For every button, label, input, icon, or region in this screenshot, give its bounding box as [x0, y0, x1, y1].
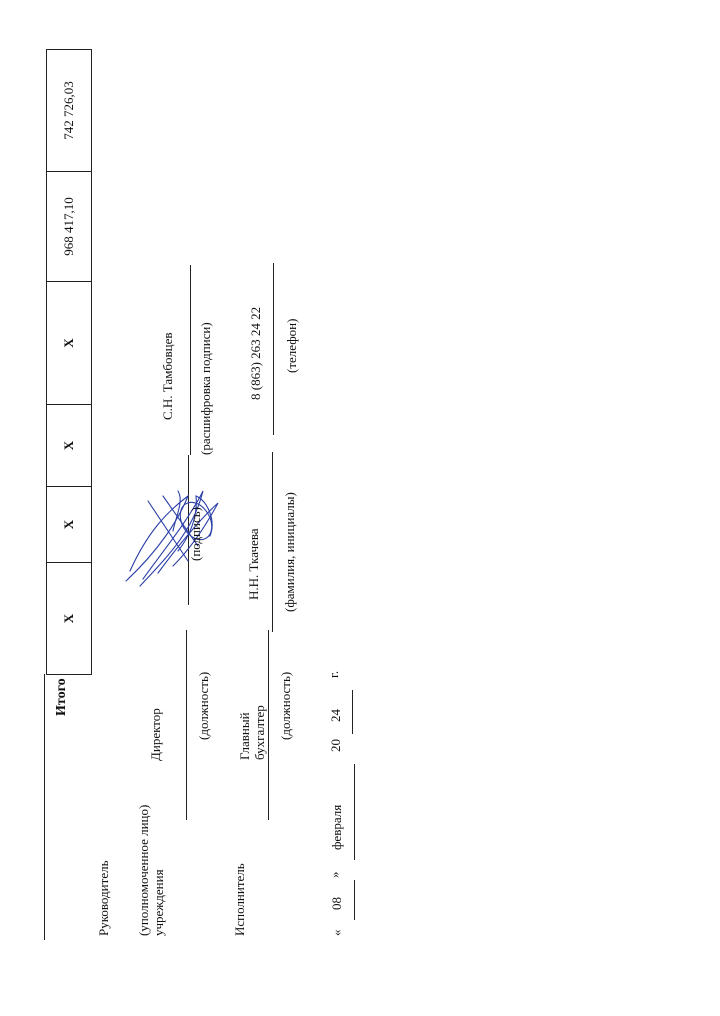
handwritten-signature-icon [118, 481, 228, 591]
date-close-quote: » [327, 872, 342, 879]
date-month-line [354, 764, 355, 860]
totals-cell-amount: 742 726,03 [47, 50, 92, 172]
executor-position: Главный [237, 712, 252, 760]
totals-cell: X [47, 405, 92, 487]
date-century: 20 [328, 739, 343, 752]
executor-label: Исполнитель [232, 863, 247, 936]
manager-label: Руководитель [96, 861, 111, 937]
manager-name: С.Н. Тамбовцев [160, 332, 175, 420]
date-month: февраля [329, 805, 344, 850]
executor-position: бухгалтер [252, 705, 267, 760]
rotated-report-page: Итого X X X X 968 417,10 742 726,03 Руко… [0, 0, 720, 1016]
date-year: 24 [328, 709, 343, 722]
signature-caption: (подпись) [188, 507, 203, 561]
totals-cell: X [47, 282, 92, 405]
date-year-line [352, 690, 353, 734]
date-open-quote: « [329, 930, 344, 937]
totals-cell-amount: 968 417,10 [47, 172, 92, 282]
totals-table: X X X X 968 417,10 742 726,03 [46, 49, 92, 675]
manager-sublabel: (уполномоченное лицо) [136, 805, 151, 936]
manager-position-line [186, 630, 187, 820]
totals-cell: X [47, 487, 92, 563]
totals-cell: X [47, 563, 92, 675]
manager-name-caption: (расшифровка подписи) [198, 322, 213, 455]
executor-phone-caption: (телефон) [284, 319, 299, 373]
executor-position-line [268, 630, 269, 820]
date-year-suffix: г. [326, 671, 341, 678]
date-day: 08 [329, 897, 344, 910]
executor-name-caption: (фамилия, инициалы) [282, 492, 297, 612]
executor-phone-line [273, 263, 274, 435]
totals-label: Итого [54, 678, 69, 716]
table-bottom-rule [44, 674, 45, 940]
manager-position: Директор [148, 708, 163, 761]
table-row: X X X X 968 417,10 742 726,03 [47, 50, 92, 675]
executor-phone: 8 (863) 263 24 22 [248, 307, 263, 400]
executor-name: Н.Н. Ткачева [246, 528, 261, 600]
date-day-line [354, 880, 355, 920]
manager-name-line [190, 265, 191, 455]
executor-name-line [272, 452, 273, 632]
executor-position-caption: (должность) [278, 672, 293, 740]
manager-sublabel: учреждения [151, 869, 166, 936]
manager-position-caption: (должность) [196, 672, 211, 740]
